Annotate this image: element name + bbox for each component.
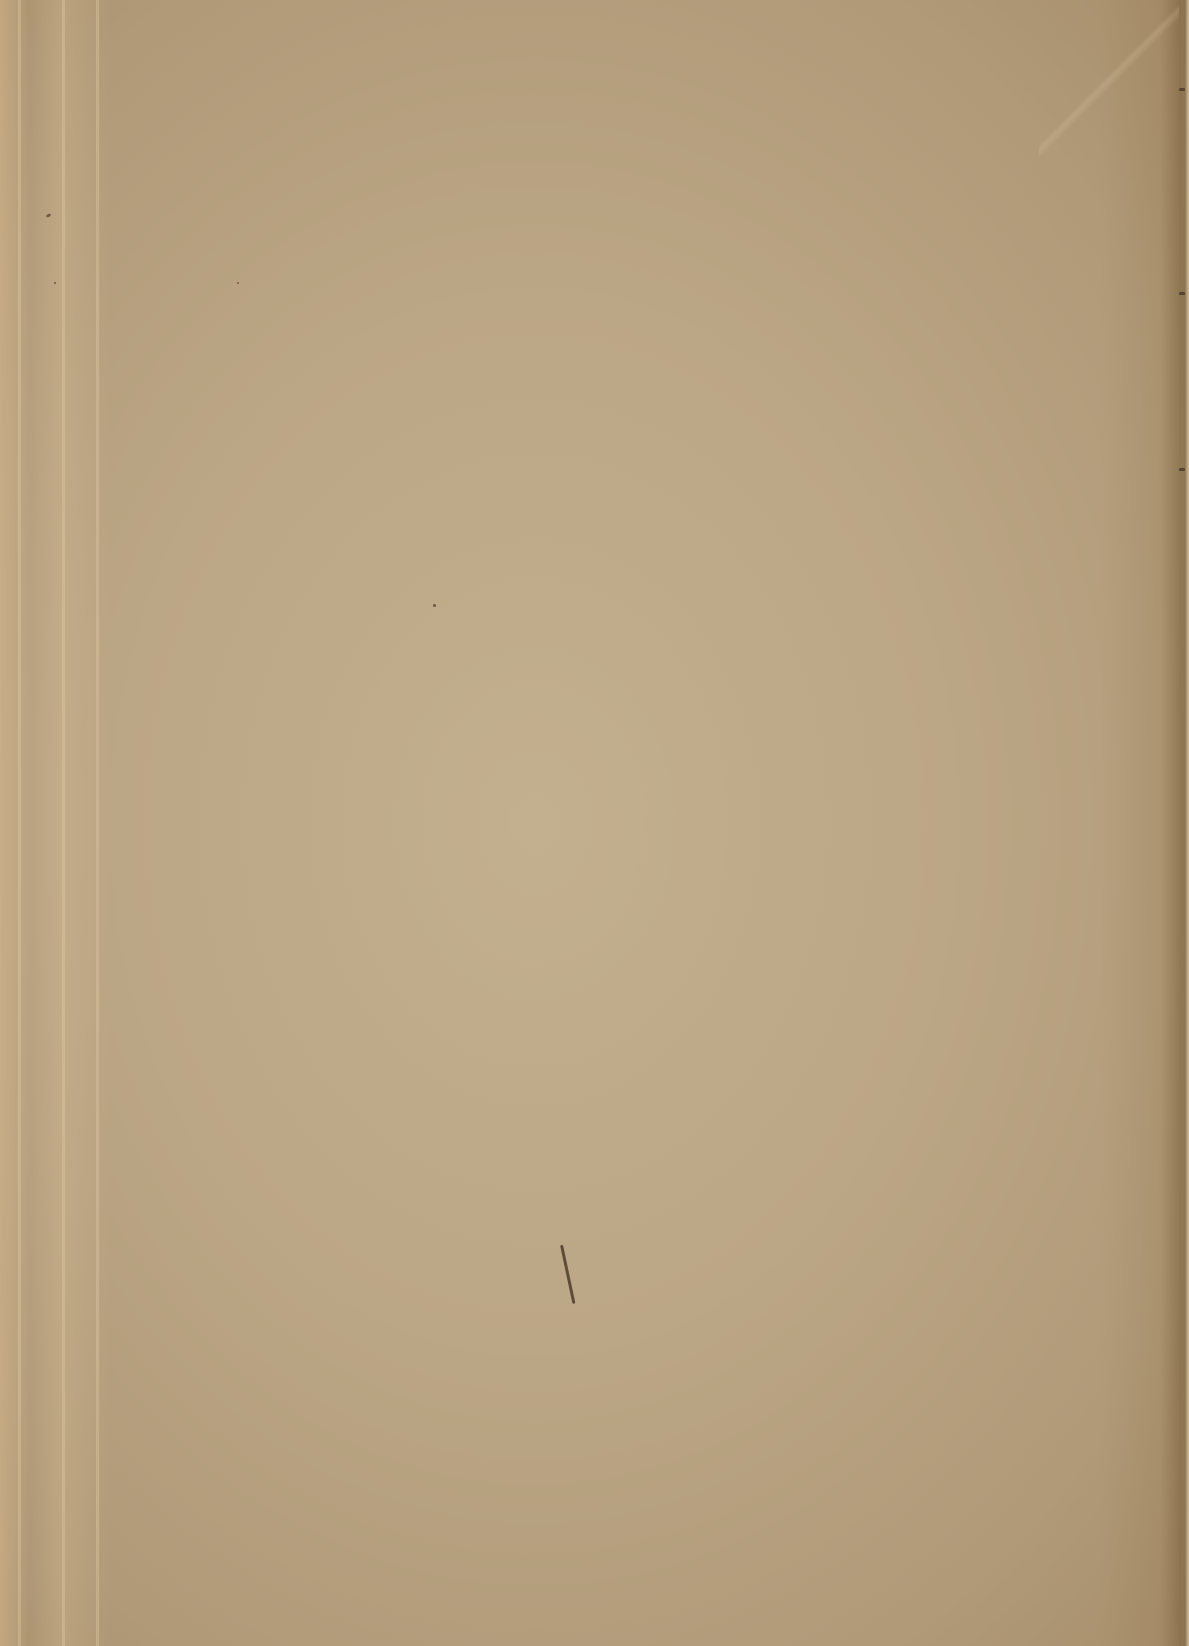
paper-speck — [433, 604, 436, 607]
paper-speck — [46, 213, 52, 218]
edge-notch — [1179, 292, 1185, 295]
paper-speck — [54, 282, 56, 284]
pen-stroke-mark — [560, 1245, 575, 1304]
paper-speck — [237, 282, 239, 284]
page-right-edge — [1179, 0, 1189, 1646]
paper-fold-line — [96, 0, 99, 1646]
blank-paper-page — [0, 0, 1189, 1646]
corner-crease — [1039, 0, 1179, 160]
paper-fold-line — [18, 0, 21, 1646]
paper-fold-line — [62, 0, 65, 1646]
edge-notch — [1179, 468, 1185, 471]
edge-notch — [1179, 88, 1185, 91]
